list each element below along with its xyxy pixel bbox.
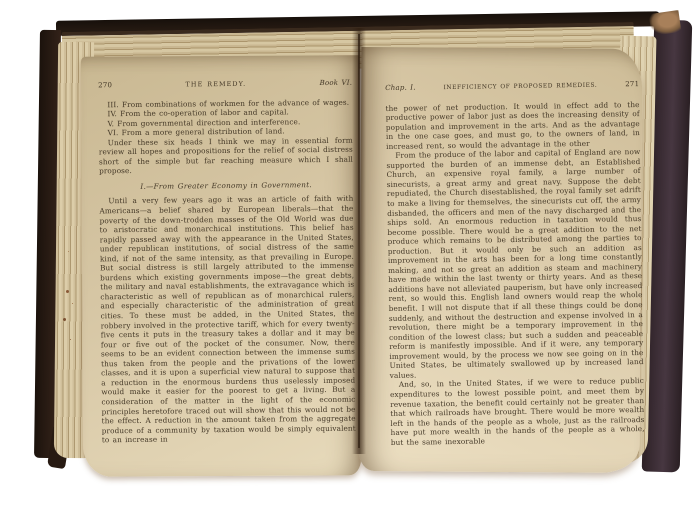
right-page-number: 271 [625,80,639,90]
left-page-header: 270 THE REMEDY. Book VI. [98,79,352,91]
worn-cover-corner [649,10,682,36]
left-page-number: 270 [98,81,112,91]
foxing-spots [66,290,69,293]
paragraph-continuation: the power of net production. It would in… [385,100,640,152]
right-running-head: INEFFICIENCY OF PROPOSED REMEDIES. [443,82,597,94]
left-book-label: Book VI. [320,79,353,89]
section-heading: I.—From Greater Economy in Government. [99,180,353,192]
left-page-text: 270 THE REMEDY. Book VI. III. From combi… [98,79,356,445]
paragraph-under-heads: Under these six heads I think we may in … [99,135,353,176]
open-book-photo: 270 THE REMEDY. Book VI. III. From combi… [0,0,700,508]
chapter-label: Chap. I. [385,84,416,94]
book-gutter-line [358,34,360,448]
paragraph-england: From the produce of the labor and capita… [386,147,644,380]
right-page-text: Chap. I. INEFFICIENCY OF PROPOSED REMEDI… [385,80,645,447]
left-running-head: THE REMEDY. [185,80,246,90]
paragraph-united-states: And, so, in the United States, if we wer… [390,376,645,447]
paragraph-economy: Until a very few years ago it was an art… [99,194,356,445]
